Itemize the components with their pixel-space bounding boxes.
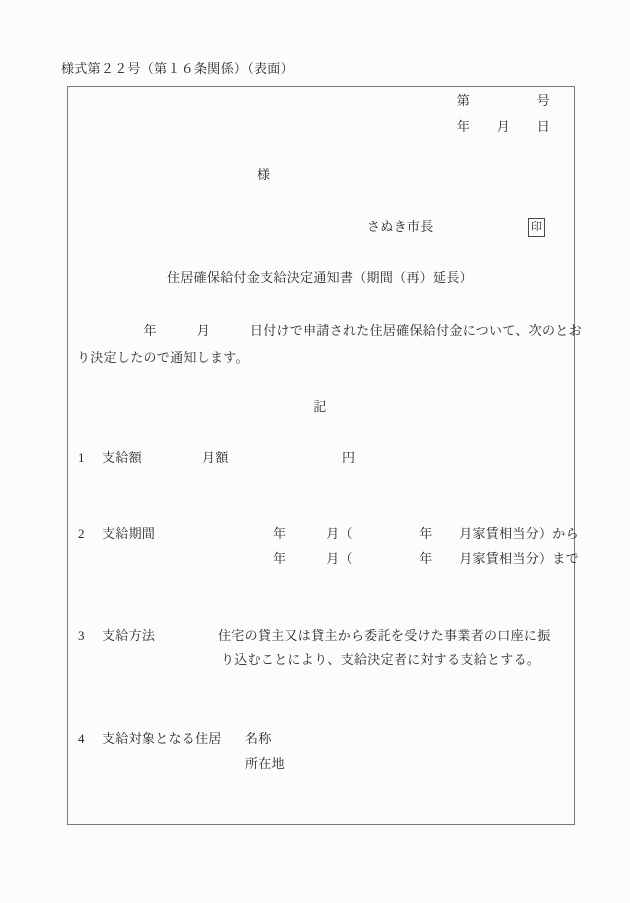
item4-housing-address-label: 所在地 <box>245 757 285 772</box>
addressee-honorific: 様 <box>257 168 270 183</box>
item2-label: 支給期間 <box>102 527 155 542</box>
item1-label: 支給額 <box>102 451 142 466</box>
official-seal-placeholder: 印 <box>528 218 545 237</box>
body-paragraph-line1: 年 月 日付けで申請された住居確保給付金について、次のとお <box>77 324 582 339</box>
item4-label: 支給対象となる住居 <box>102 732 222 747</box>
item4-number: 4 <box>78 732 85 747</box>
item1-monthly-amount-label: 月額 <box>202 451 229 466</box>
form-number-label: 様式第２２号（第１６条関係）（表面） <box>61 62 294 77</box>
list-marker-ki: 記 <box>67 400 573 415</box>
document-title: 住居確保給付金支給決定通知書（期間（再）延長） <box>67 271 573 286</box>
document-border-frame <box>67 86 575 825</box>
issuer-mayor-name: さぬき市長 <box>367 220 434 235</box>
item2-period-to-line: 年 月（ 年 月家賃相当分）まで <box>273 552 579 567</box>
item1-number: 1 <box>78 451 85 466</box>
item3-label: 支給方法 <box>102 629 155 644</box>
document-date-line: 年 月 日 <box>350 120 550 135</box>
item4-housing-name-label: 名称 <box>245 732 272 747</box>
item3-method-line2: り込むことにより、支給決定者に対する支給とする。 <box>221 653 540 668</box>
item2-period-from-line: 年 月（ 年 月家賃相当分）から <box>273 527 579 542</box>
item1-yen-unit-label: 円 <box>342 451 355 466</box>
document-page: 様式第２２号（第１６条関係）（表面） 第 号 年 月 日 様 さぬき市長 印 住… <box>0 0 630 903</box>
item3-method-line1: 住宅の貸主又は貸主から委託を受けた事業者の口座に振 <box>218 629 551 644</box>
document-number-line: 第 号 <box>350 94 550 109</box>
item2-number: 2 <box>78 527 85 542</box>
item3-number: 3 <box>78 629 85 644</box>
body-paragraph-line2: り決定したので通知します。 <box>77 351 249 366</box>
